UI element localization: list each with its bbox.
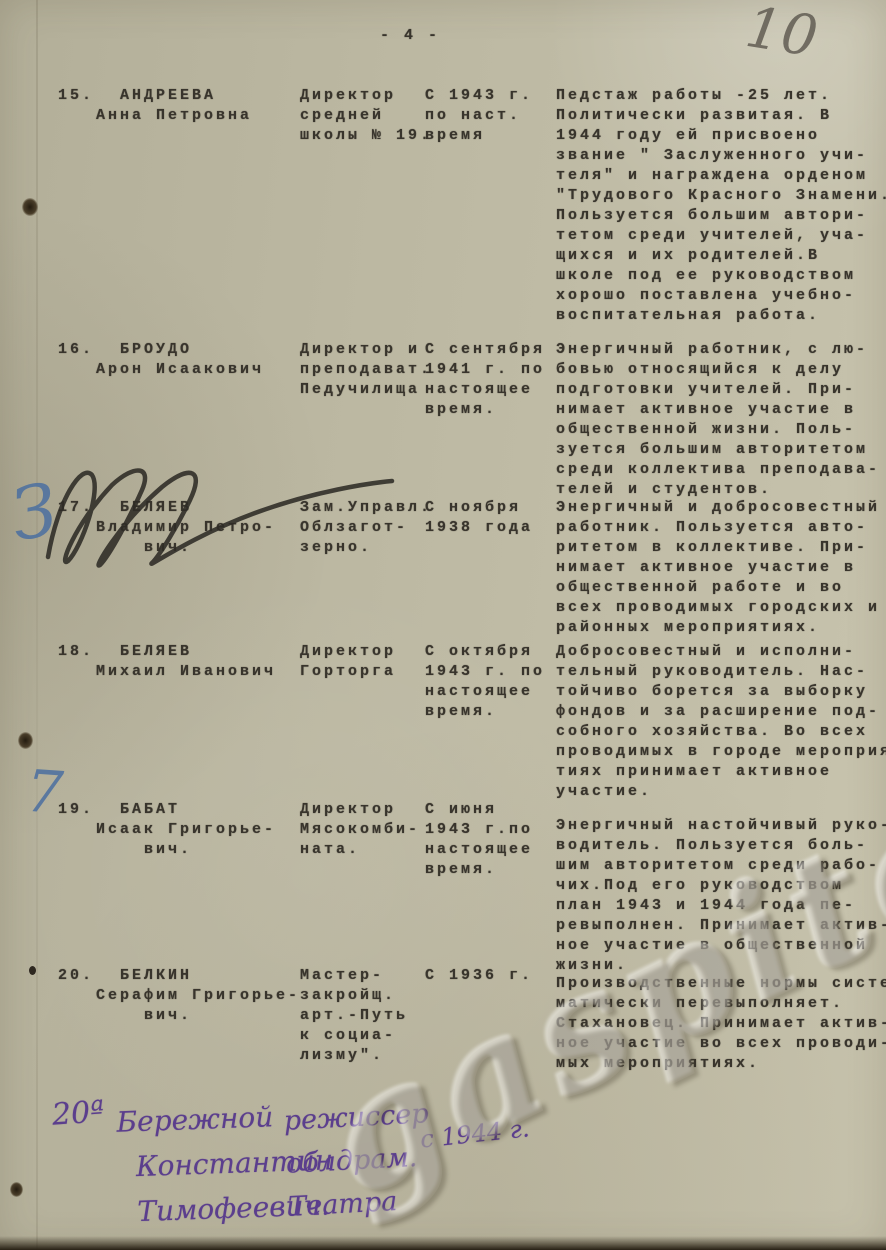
entry-position: Директор средней школы № 19. <box>300 86 435 146</box>
pen-strikethrough <box>40 455 420 580</box>
entry-name: БАБАТ Исаак Григорье- вич. <box>96 800 311 860</box>
entry-description: Педстаж работы -25 лет. Политически разв… <box>556 86 886 326</box>
entry-position: режиссер облдрам. Театра <box>283 1092 434 1228</box>
entry-position: Директор Горторга <box>300 642 435 682</box>
blue-pencil-mark: 7 <box>24 757 66 827</box>
entry-name: БРОУДО Арон Исаакович <box>96 340 311 380</box>
entry-name: БЕЛЯЕВ Михаил Иванович <box>96 642 311 682</box>
page-bottom-edge <box>0 1236 886 1250</box>
entry-period: С октября 1943 г. по настоящее время. <box>425 642 557 722</box>
entry-position: Директор и преподават. Педучилища <box>300 340 435 400</box>
entry-number: 20. <box>58 966 94 986</box>
entry-period: С сентября 1941 г. по настоящее время. <box>425 340 557 420</box>
entry-description: Энергичный и добросовестный работник. По… <box>556 498 886 638</box>
entry-position: Мастер- закройщ. арт.-Путь к социа- лизм… <box>300 966 435 1066</box>
entry-number: 18. <box>58 642 94 662</box>
entry-number: 15. <box>58 86 94 106</box>
entry-name: АНДРЕЕВА Анна Петровна <box>96 86 311 126</box>
entry-period: с 1944 г. <box>419 1114 531 1153</box>
hole-punch <box>22 198 38 216</box>
entry-period: С 1936 г. <box>425 966 557 986</box>
entry-number: 19. <box>58 800 94 820</box>
entry-number: 20ª <box>51 1094 106 1133</box>
entry-position: Директор Мясокомби- ната. <box>300 800 435 860</box>
ink-speck <box>29 966 36 975</box>
document-page: - 4 - 10 15. АНДРЕЕВА Анна Петровна Дире… <box>0 0 886 1250</box>
entry-period: С 1943 г. по наст. время <box>425 86 557 146</box>
hole-punch <box>10 1182 23 1197</box>
page-number: - 4 - <box>330 26 490 46</box>
entry-period: С ноября 1938 года <box>425 498 557 538</box>
entry-description: Добросовестный и исполни- тельный руково… <box>556 642 886 802</box>
handwritten-folio-number: 10 <box>741 0 822 70</box>
entry-name: БЕЛКИН Серафим Григорье- вич. <box>96 966 311 1026</box>
hole-punch <box>18 732 33 749</box>
paper-crease <box>36 0 38 1250</box>
entry-period: С июня 1943 г.по настоящее время. <box>425 800 557 880</box>
entry-number: 16. <box>58 340 94 360</box>
entry-description: Энергичный работник, с лю- бовью относящ… <box>556 340 886 500</box>
entry-description: Производственные нормы систе- матически … <box>556 974 886 1074</box>
entry-description: Энергичный настойчивый руко- водитель. П… <box>556 816 886 976</box>
